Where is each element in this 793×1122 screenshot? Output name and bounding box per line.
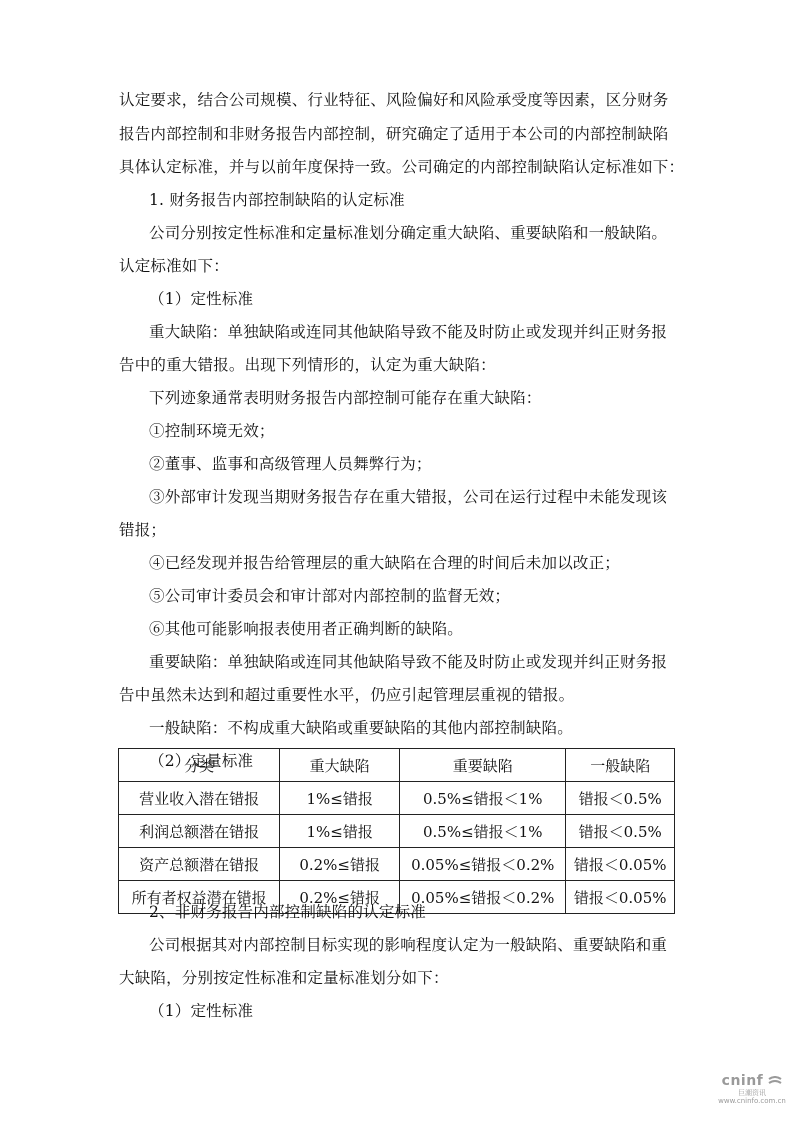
text-line: （1）定性标准 xyxy=(149,289,253,309)
cell-general: 错报＜0.5% xyxy=(566,815,675,848)
cell-category: 营业收入潜在错报 xyxy=(119,782,280,815)
text-line: 重要缺陷：单独缺陷或连同其他缺陷导致不能及时防止或发现并纠正财务报 xyxy=(149,652,667,672)
text-line: ③外部审计发现当期财务报告存在重大错报，公司在运行过程中未能发现该 xyxy=(149,487,667,507)
text-line: ⑥其他可能影响报表使用者正确判断的缺陷。 xyxy=(149,619,463,639)
quantitative-criteria-table: 分类 重大缺陷 重要缺陷 一般缺陷 营业收入潜在错报 1%≤错报 0.5%≤错报… xyxy=(118,748,675,914)
cell-major: 1%≤错报 xyxy=(280,815,400,848)
watermark-url: www.cninfo.com.cn xyxy=(712,1097,792,1106)
cell-general: 错报＜0.05% xyxy=(566,848,675,881)
text-line: 错报； xyxy=(119,520,166,540)
document-page: 认定要求，结合公司规模、行业特征、风险偏好和风险承受度等因素，区分财务报告内部控… xyxy=(0,0,793,1122)
cell-category: 利润总额潜在错报 xyxy=(119,815,280,848)
header-general-defect: 一般缺陷 xyxy=(566,749,675,782)
header-category: 分类 xyxy=(119,749,280,782)
text-line: 认定要求，结合公司规模、行业特征、风险偏好和风险承受度等因素，区分财务 xyxy=(119,90,669,110)
cninfo-watermark: cninf 巨潮资讯 www.cninfo.com.cn xyxy=(712,1070,792,1106)
text-line: ①控制环境无效； xyxy=(149,421,275,441)
table-row: 资产总额潜在错报 0.2%≤错报 0.05%≤错报＜0.2% 错报＜0.05% xyxy=(119,848,675,881)
text-line: 告中的重大错报。出现下列情形的，认定为重大缺陷： xyxy=(119,355,496,375)
cninfo-logo-icon xyxy=(768,1076,782,1086)
text-line: 告中虽然未达到和超过重要性水平，仍应引起管理层重视的错报。 xyxy=(119,685,574,705)
text-line: 1. 财务报告内部控制缺陷的认定标准 xyxy=(149,190,405,210)
header-major-defect: 重大缺陷 xyxy=(280,749,400,782)
text-line: ⑤公司审计委员会和审计部对内部控制的监督无效； xyxy=(149,586,510,606)
text-line: ④已经发现并报告给管理层的重大缺陷在合理的时间后未加以改正； xyxy=(149,553,620,573)
watermark-logo: cninf xyxy=(712,1070,792,1089)
cell-category: 资产总额潜在错报 xyxy=(119,848,280,881)
text-line: 报告内部控制和非财务报告内部控制，研究确定了适用于本公司的内部控制缺陷 xyxy=(119,124,669,144)
text-line: 大缺陷，分别按定性标准和定量标准划分如下： xyxy=(119,968,449,988)
text-line: （1）定性标准 xyxy=(149,1001,253,1021)
cell-major: 0.2%≤错报 xyxy=(280,848,400,881)
header-significant-defect: 重要缺陷 xyxy=(400,749,566,782)
table-row: 营业收入潜在错报 1%≤错报 0.5%≤错报＜1% 错报＜0.5% xyxy=(119,782,675,815)
cell-major: 1%≤错报 xyxy=(280,782,400,815)
cell-general: 错报＜0.05% xyxy=(566,881,675,914)
text-line: 一般缺陷：不构成重大缺陷或重要缺陷的其他内部控制缺陷。 xyxy=(149,718,573,738)
text-line: 下列迹象通常表明财务报告内部控制可能存在重大缺陷： xyxy=(149,388,542,408)
text-line: ②董事、监事和高级管理人员舞弊行为； xyxy=(149,454,432,474)
table-header-row: 分类 重大缺陷 重要缺陷 一般缺陷 xyxy=(119,749,675,782)
table-row: 利润总额潜在错报 1%≤错报 0.5%≤错报＜1% 错报＜0.5% xyxy=(119,815,675,848)
text-line: 公司分别按定性标准和定量标准划分确定重大缺陷、重要缺陷和一般缺陷。 xyxy=(149,223,667,243)
text-line: 具体认定标准，并与以前年度保持一致。公司确定的内部控制缺陷认定标准如下： xyxy=(119,157,684,177)
text-line: 重大缺陷：单独缺陷或连同其他缺陷导致不能及时防止或发现并纠正财务报 xyxy=(149,322,667,342)
watermark-cn-name: 巨潮资讯 xyxy=(712,1089,792,1097)
text-line: 认定标准如下： xyxy=(119,256,229,276)
text-line: 公司根据其对内部控制目标实现的影响程度认定为一般缺陷、重要缺陷和重 xyxy=(149,935,667,955)
text-line: 2、非财务报告内部控制缺陷的认定标准 xyxy=(149,902,426,922)
cell-general: 错报＜0.5% xyxy=(566,782,675,815)
cell-significant: 0.5%≤错报＜1% xyxy=(400,782,566,815)
cell-significant: 0.05%≤错报＜0.2% xyxy=(400,848,566,881)
cell-significant: 0.5%≤错报＜1% xyxy=(400,815,566,848)
